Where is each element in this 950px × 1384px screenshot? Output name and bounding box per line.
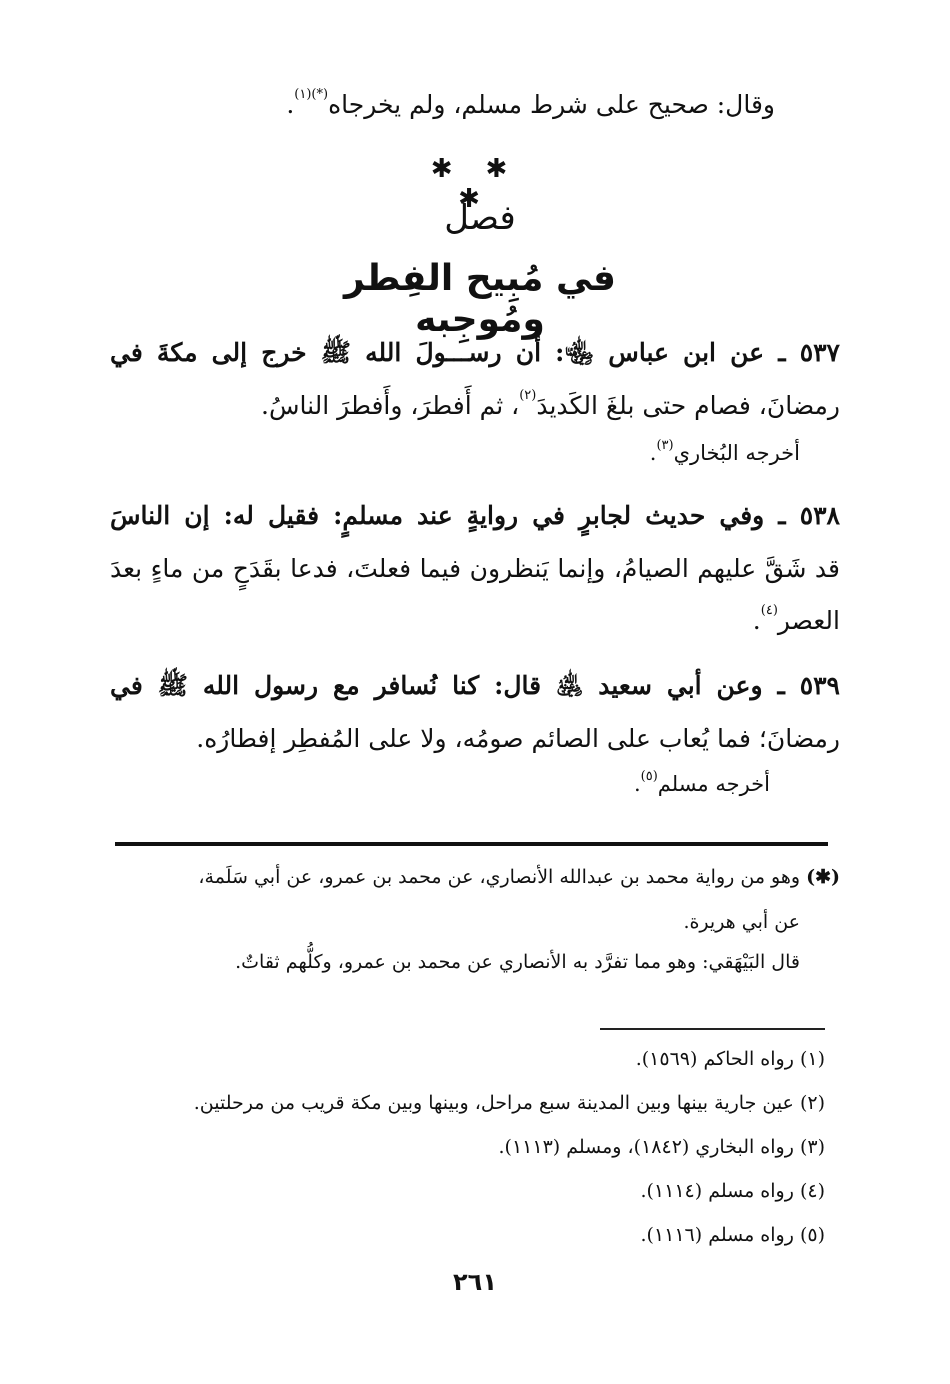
footnote-text: رواه الحاكم (١٥٦٩). [636,1048,794,1070]
footnote-marker: (٢) [800,1092,825,1114]
star-note-line-2: عن أبي هريرة. [683,911,800,933]
note-text: وهو من رواية محمد بن عبدالله الأنصاري، ع… [198,866,800,888]
footnote-marker: (٣) [800,1136,825,1158]
line-text: العصر [778,606,840,635]
footnote-marks: (*)(١) [294,87,328,102]
main-text-separator [115,842,828,846]
hadith-539-line-1: ٥٣٩ ـ وعن أبي سعيد ﵁ قال: كنا نُسافر مع … [110,673,840,698]
hadith-538-line-1: ٥٣٨ ـ وفي حديث لجابرٍ في روايةٍ عند مسلم… [110,503,840,528]
section-subtitle: في مُبِيح الفِطر ومُوجِبه [330,258,630,340]
line-text: رمضانَ، فصام حتى بلغَ الكَديدَ [536,391,840,420]
hadith-539-line-2: رمضانَ؛ فما يُعاب على الصائم صومُه، ولا … [196,726,840,751]
footnote-marker: (٤) [800,1180,825,1202]
footnote-text: رواه البخاري (١٨٤٢)، ومسلم (١١١٣). [499,1136,794,1158]
source-text: أخرجه مسلم [658,772,770,796]
hadith-537-line-1: ٥٣٧ ـ عن ابن عباس ﵄: أن رســـولَ الله ﷺ … [110,340,840,365]
line-text: ، ثم أَفطرَ، وأَفطرَ الناسُ. [261,391,519,420]
footnote-3: (٣) رواه البخاري (١٨٤٢)، ومسلم (١١١٣). [499,1136,825,1158]
footnote-mark-4: (٤) [761,603,778,618]
footnote-marker: (١) [800,1048,825,1070]
page-number: ٢٦١ [430,1268,520,1296]
section-heading: فصل [330,198,630,238]
star-note-line-1: (✱) وهو من رواية محمد بن عبدالله الأنصار… [198,866,840,888]
hadith-537-source: أخرجه البُخاري(٣). [650,443,800,464]
star-note-line-3: قال البَيْهَقي: وهو مما تفرَّد به الأنصا… [235,951,800,973]
footnote-mark-5: (٥) [641,769,658,784]
hadith-538-line-2: قد شَقَّ عليهم الصيامُ، وإنما يَنظرون في… [110,556,840,581]
footnote-marker: (٥) [800,1224,825,1246]
footnote-mark-3: (٣) [656,438,673,453]
footnote-mark-2: (٢) [519,388,536,403]
period: . [634,772,641,796]
source-text: أخرجه البُخاري [674,441,800,465]
footnote-2: (٢) عين جارية بينها وبين المدينة سبع مرا… [194,1092,825,1114]
period: . [753,606,761,635]
book-page: وقال: صحيح على شرط مسلم، ولم يخرجاه(*)(١… [0,0,950,1384]
hadith-539-source: أخرجه مسلم(٥). [634,774,770,795]
footnotes-separator [600,1028,825,1030]
footnote-text: رواه مسلم (١١١٤). [640,1180,793,1202]
footnote-1: (١) رواه الحاكم (١٥٦٩). [636,1048,825,1070]
top-line-text: وقال: صحيح على شرط مسلم، ولم يخرجاه [328,90,775,119]
hadith-537-line-2: رمضانَ، فصام حتى بلغَ الكَديدَ(٢)، ثم أَ… [261,393,840,418]
top-continuation-line: وقال: صحيح على شرط مسلم، ولم يخرجاه(*)(١… [286,92,775,117]
footnote-4: (٤) رواه مسلم (١١١٤). [640,1180,825,1202]
star-marker-icon: (✱) [806,866,840,888]
hadith-538-line-3: العصر(٤). [753,608,840,633]
footnote-text: رواه مسلم (١١١٦). [640,1224,793,1246]
footnote-text: عين جارية بينها وبين المدينة سبع مراحل، … [194,1092,794,1114]
footnote-5: (٥) رواه مسلم (١١١٦). [640,1224,825,1246]
